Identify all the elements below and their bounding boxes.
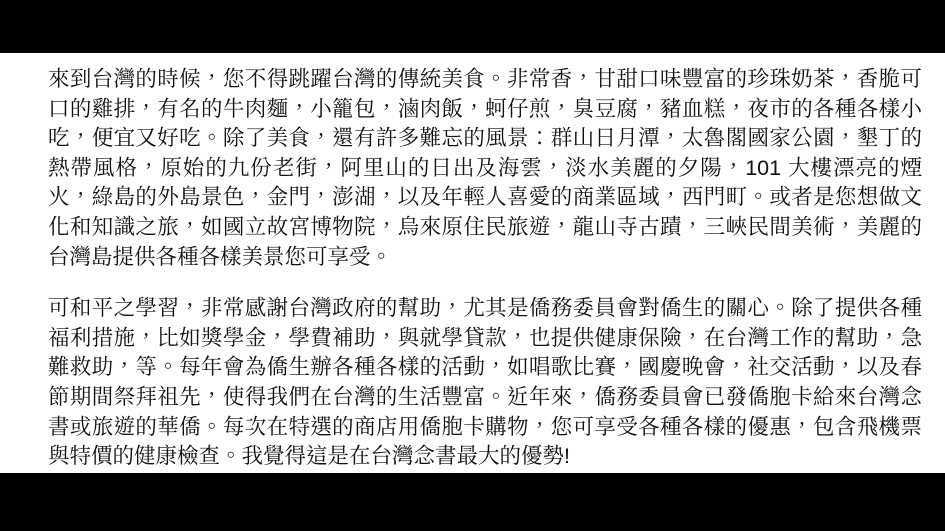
- document-page: 來到台灣的時候，您不得跳躍台灣的傳統美食。非常香，甘甜口味豐富的珍珠奶茶，香脆可…: [0, 53, 945, 473]
- paragraph-food-and-scenery: 來到台灣的時候，您不得跳躍台灣的傳統美食。非常香，甘甜口味豐富的珍珠奶茶，香脆可…: [48, 65, 922, 272]
- document-text-area: 來到台灣的時候，您不得跳躍台灣的傳統美食。非常香，甘甜口味豐富的珍珠奶茶，香脆可…: [0, 53, 945, 473]
- letterbox-bottom-bar: [0, 473, 945, 531]
- paragraph-government-support: 可和平之學習，非常感謝台灣政府的幫助，尤其是僑務委員會對僑生的關心。除了提供各種…: [48, 294, 922, 472]
- letterbox-top-bar: [0, 0, 945, 53]
- screen: 來到台灣的時候，您不得跳躍台灣的傳統美食。非常香，甘甜口味豐富的珍珠奶茶，香脆可…: [0, 0, 945, 531]
